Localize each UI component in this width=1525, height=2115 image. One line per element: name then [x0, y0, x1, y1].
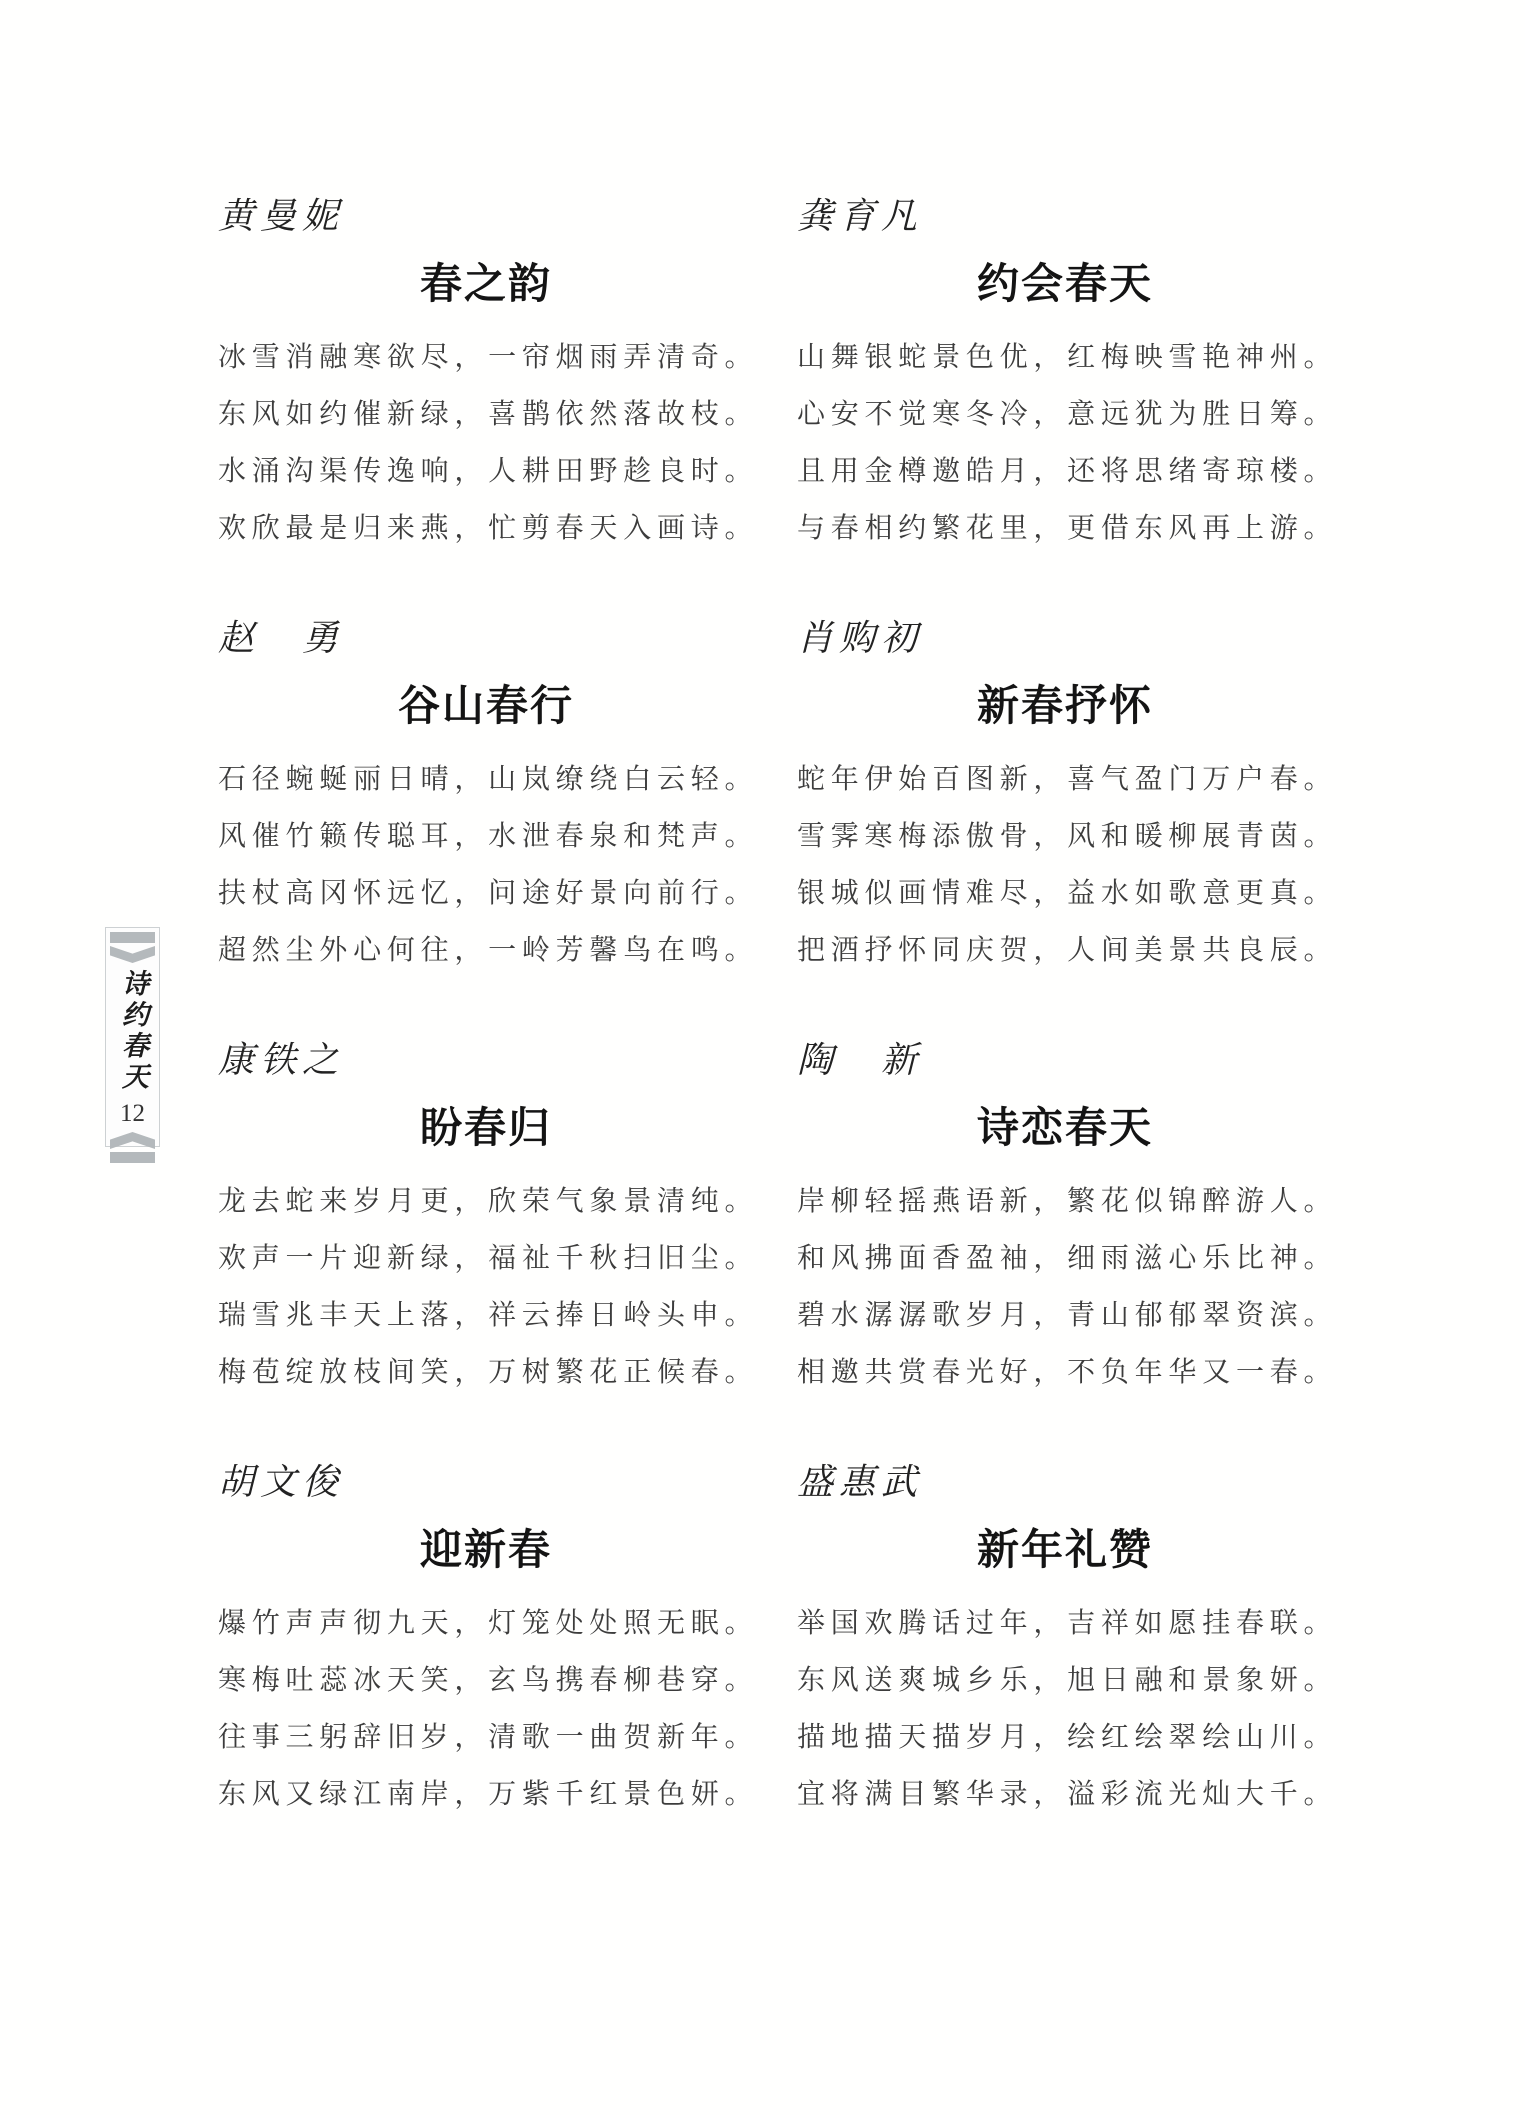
poem-line: 水涌沟渠传逸响，人耕田野趁良时。 — [218, 443, 754, 500]
poem-line: 山舞银蛇景色优，红梅映雪艳神州。 — [797, 329, 1333, 386]
poem-verses: 龙去蛇来岁月更，欣荣气象景清纯。 欢声一片迎新绿，福祉千秋扫旧尘。 瑞雪兆丰天上… — [218, 1173, 754, 1401]
poem-line: 心安不觉寒冬冷，意远犹为胜日筹。 — [797, 386, 1333, 443]
poem: 康铁之 盼春归 龙去蛇来岁月更，欣荣气象景清纯。 欢声一片迎新绿，福祉千秋扫旧尘… — [218, 1037, 754, 1401]
poem-line: 龙去蛇来岁月更，欣荣气象景清纯。 — [218, 1173, 754, 1230]
poem-verses: 冰雪消融寒欲尽，一帘烟雨弄清奇。 东风如约催新绿，喜鹊依然落故枝。 水涌沟渠传逸… — [218, 329, 754, 557]
book-page: 诗约春天 12 黄曼妮 春之韵 冰雪消融寒欲尽，一帘烟雨弄清奇。 东风如约催新绿… — [0, 0, 1525, 2115]
poem-verses: 爆竹声声彻九天，灯笼处处照无眠。 寒梅吐蕊冰天笑，玄鸟携春柳巷穿。 往事三躬辞旧… — [218, 1595, 754, 1823]
poem-author: 龚育凡 — [797, 193, 1333, 239]
poem-column-left: 黄曼妮 春之韵 冰雪消融寒欲尽，一帘烟雨弄清奇。 东风如约催新绿，喜鹊依然落故枝… — [218, 193, 754, 1881]
poem: 盛惠武 新年礼赞 举国欢腾话过年，吉祥如愿挂春联。 东风送爽城乡乐，旭日融和景象… — [797, 1459, 1333, 1823]
poem-verses: 山舞银蛇景色优，红梅映雪艳神州。 心安不觉寒冬冷，意远犹为胜日筹。 且用金樽邀皓… — [797, 329, 1333, 557]
poem-line: 和风拂面香盈袖，细雨滋心乐比神。 — [797, 1230, 1333, 1287]
poem-title: 新年礼赞 — [797, 1523, 1333, 1579]
poem-line: 且用金樽邀皓月，还将思绪寄琼楼。 — [797, 443, 1333, 500]
poem-line: 超然尘外心何往，一岭芳馨鸟在鸣。 — [218, 922, 754, 979]
poem-line: 梅苞绽放枝间笑，万树繁花正候春。 — [218, 1344, 754, 1401]
poem-line: 东风如约催新绿，喜鹊依然落故枝。 — [218, 386, 754, 443]
poem-author: 肖购初 — [797, 615, 1333, 661]
poem-line: 爆竹声声彻九天，灯笼处处照无眠。 — [218, 1595, 754, 1652]
poem-line: 扶杖高冈怀远忆，问途好景向前行。 — [218, 865, 754, 922]
poem-title: 盼春归 — [218, 1101, 754, 1157]
poem-line: 瑞雪兆丰天上落，祥云捧日岭头申。 — [218, 1287, 754, 1344]
poem-line: 相邀共赏春光好，不负年华又一春。 — [797, 1344, 1333, 1401]
poem-author: 胡文俊 — [218, 1459, 754, 1505]
poem: 赵 勇 谷山春行 石径蜿蜒丽日晴，山岚缭绕白云轻。 风催竹籁传聪耳，水泄春泉和梵… — [218, 615, 754, 979]
poem: 黄曼妮 春之韵 冰雪消融寒欲尽，一帘烟雨弄清奇。 东风如约催新绿，喜鹊依然落故枝… — [218, 193, 754, 557]
poem: 龚育凡 约会春天 山舞银蛇景色优，红梅映雪艳神州。 心安不觉寒冬冷，意远犹为胜日… — [797, 193, 1333, 557]
poem-line: 欢欣最是归来燕，忙剪春天入画诗。 — [218, 500, 754, 557]
poem-line: 把酒抒怀同庆贺，人间美景共良辰。 — [797, 922, 1333, 979]
poem-line: 岸柳轻摇燕语新，繁花似锦醉游人。 — [797, 1173, 1333, 1230]
poem-line: 碧水潺潺歌岁月，青山郁郁翠资滨。 — [797, 1287, 1333, 1344]
poem-line: 东风送爽城乡乐，旭日融和景象妍。 — [797, 1652, 1333, 1709]
bookmark-body: 诗约春天 12 — [119, 963, 146, 1132]
poem-author: 陶 新 — [797, 1037, 1333, 1083]
poem: 陶 新 诗恋春天 岸柳轻摇燕语新，繁花似锦醉游人。 和风拂面香盈袖，细雨滋心乐比… — [797, 1037, 1333, 1401]
poem-line: 往事三躬辞旧岁，清歌一曲贺新年。 — [218, 1709, 754, 1766]
poem-line: 寒梅吐蕊冰天笑，玄鸟携春柳巷穿。 — [218, 1652, 754, 1709]
page-number: 12 — [120, 1101, 145, 1126]
poem-line: 宜将满目繁华录，溢彩流光灿大千。 — [797, 1766, 1333, 1823]
poem-author: 黄曼妮 — [218, 193, 754, 239]
poem-verses: 岸柳轻摇燕语新，繁花似锦醉游人。 和风拂面香盈袖，细雨滋心乐比神。 碧水潺潺歌岁… — [797, 1173, 1333, 1401]
poem-title: 约会春天 — [797, 257, 1333, 313]
poem-line: 银城似画情难尽，益水如歌意更真。 — [797, 865, 1333, 922]
poem-title: 谷山春行 — [218, 679, 754, 735]
poem-line: 石径蜿蜒丽日晴，山岚缭绕白云轻。 — [218, 751, 754, 808]
poem-title: 春之韵 — [218, 257, 754, 313]
poem-line: 与春相约繁花里，更借东风再上游。 — [797, 500, 1333, 557]
poem-title: 诗恋春天 — [797, 1101, 1333, 1157]
poem-author: 赵 勇 — [218, 615, 754, 661]
poem-author: 盛惠武 — [797, 1459, 1333, 1505]
poem-line: 东风又绿江南岸，万紫千红景色妍。 — [218, 1766, 754, 1823]
poem-title: 迎新春 — [218, 1523, 754, 1579]
poem-verses: 举国欢腾话过年，吉祥如愿挂春联。 东风送爽城乡乐，旭日融和景象妍。 描地描天描岁… — [797, 1595, 1333, 1823]
poem: 胡文俊 迎新春 爆竹声声彻九天，灯笼处处照无眠。 寒梅吐蕊冰天笑，玄鸟携春柳巷穿… — [218, 1459, 754, 1823]
poem-line: 蛇年伊始百图新，喜气盈门万户春。 — [797, 751, 1333, 808]
poem-line: 举国欢腾话过年，吉祥如愿挂春联。 — [797, 1595, 1333, 1652]
bookmark-title: 诗约春天 — [119, 969, 146, 1093]
poem-verses: 蛇年伊始百图新，喜气盈门万户春。 雪霁寒梅添傲骨，风和暖柳展青茵。 银城似画情难… — [797, 751, 1333, 979]
edge-bookmark: 诗约春天 12 — [105, 927, 160, 1147]
poem-verses: 石径蜿蜒丽日晴，山岚缭绕白云轻。 风催竹籁传聪耳，水泄春泉和梵声。 扶杖高冈怀远… — [218, 751, 754, 979]
bookmark-top-chevron-icon — [110, 946, 155, 963]
poem-line: 雪霁寒梅添傲骨，风和暖柳展青茵。 — [797, 808, 1333, 865]
poem-line: 描地描天描岁月，绘红绘翠绘山川。 — [797, 1709, 1333, 1766]
poem-line: 欢声一片迎新绿，福祉千秋扫旧尘。 — [218, 1230, 754, 1287]
poem: 肖购初 新春抒怀 蛇年伊始百图新，喜气盈门万户春。 雪霁寒梅添傲骨，风和暖柳展青… — [797, 615, 1333, 979]
bookmark-bottom-chevron-icon — [110, 1132, 155, 1149]
poem-column-right: 龚育凡 约会春天 山舞银蛇景色优，红梅映雪艳神州。 心安不觉寒冬冷，意远犹为胜日… — [797, 193, 1333, 1881]
bookmark-top-bar — [110, 932, 155, 943]
bookmark-bottom-bar — [110, 1152, 155, 1163]
poem-line: 冰雪消融寒欲尽，一帘烟雨弄清奇。 — [218, 329, 754, 386]
poem-title: 新春抒怀 — [797, 679, 1333, 735]
poem-author: 康铁之 — [218, 1037, 754, 1083]
poem-line: 风催竹籁传聪耳，水泄春泉和梵声。 — [218, 808, 754, 865]
